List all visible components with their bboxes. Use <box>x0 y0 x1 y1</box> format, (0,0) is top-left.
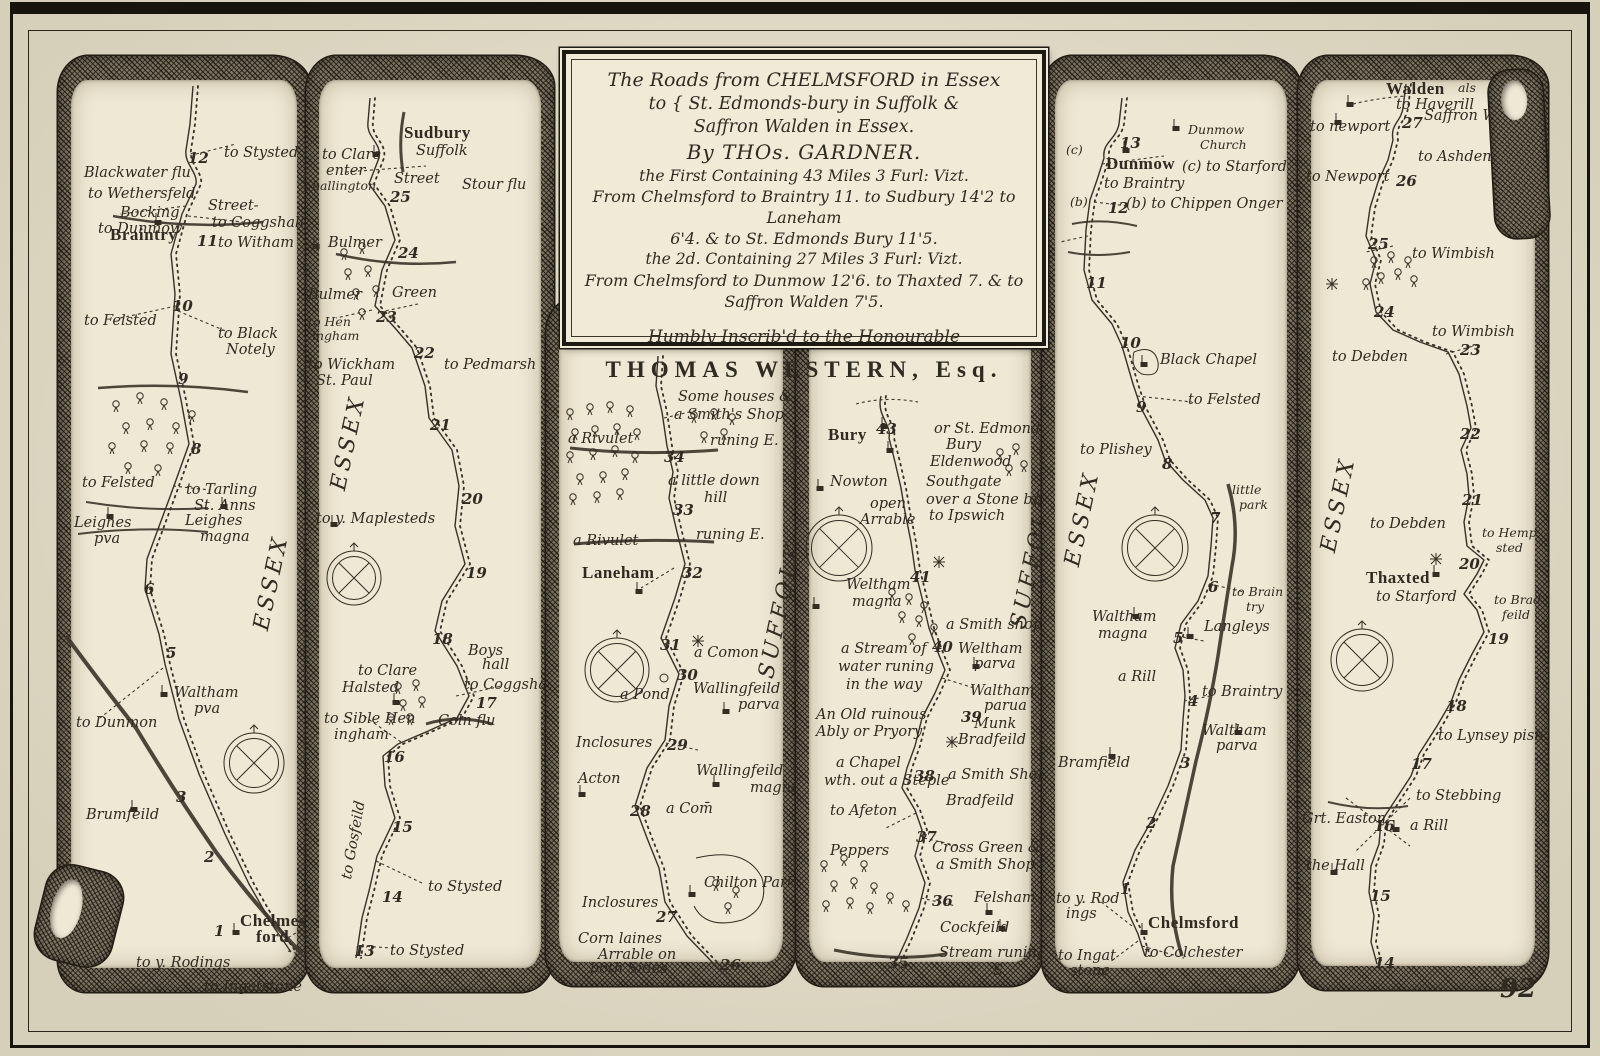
building-icon <box>233 930 240 935</box>
map-label: Nowton <box>830 475 888 490</box>
tree-icon <box>832 887 836 892</box>
map-label: 8 <box>191 442 201 457</box>
tree-icon <box>577 474 583 485</box>
tree-icon <box>1021 461 1027 467</box>
tree-icon <box>861 861 867 867</box>
building-icon <box>689 892 696 897</box>
cartouche-line: Saffron Walden in Essex. <box>572 116 1036 139</box>
map-label: to Stysted <box>428 880 502 895</box>
tree-icon <box>916 616 922 622</box>
tree-icon <box>577 474 583 480</box>
map-label: Bradfeild <box>946 794 1014 809</box>
map-label: 8 <box>1162 457 1172 472</box>
map-label: Munk <box>974 717 1016 732</box>
map-label: to Debden <box>1370 517 1446 532</box>
map-label: Cross Green & <box>932 841 1041 856</box>
map-label: Wallingfeild <box>696 764 783 779</box>
tree-icon <box>137 393 143 404</box>
map-label: ingham <box>334 728 389 743</box>
map-label: a Pond <box>620 688 670 703</box>
map-label: 38 <box>914 769 935 784</box>
compass-icon <box>598 651 635 688</box>
map-label: 6 <box>144 582 154 597</box>
compass-icon <box>237 746 272 781</box>
tree-icon <box>567 452 573 463</box>
map-label: 23 <box>376 310 397 325</box>
map-label: to Stebbing <box>1416 789 1501 804</box>
tree-icon <box>591 455 595 460</box>
map-label: magna <box>750 781 800 796</box>
compass-icon <box>1344 642 1380 678</box>
tree-icon <box>1405 257 1411 263</box>
tree-icon <box>903 901 909 907</box>
map-label: Notely <box>226 343 275 358</box>
map-label: to Ipswich <box>929 509 1005 524</box>
map-label: to Dunmon <box>76 716 157 731</box>
town-label-sudbury: Sudbury <box>404 124 471 141</box>
map-label: little <box>1232 484 1261 497</box>
map-label: to Clare <box>358 664 417 679</box>
map-label: 5 <box>166 646 176 661</box>
tree-icon <box>570 494 576 500</box>
tree-icon <box>174 429 178 434</box>
tree-icon <box>823 901 829 912</box>
tree-icon <box>932 630 936 635</box>
tree-icon <box>161 399 167 410</box>
tree-icon <box>916 616 922 627</box>
map-label: to Plishey <box>1080 443 1152 458</box>
tree-icon <box>595 498 599 503</box>
tree-icon <box>617 489 623 495</box>
map-label: Bury <box>946 438 981 453</box>
tree-icon <box>852 884 856 889</box>
map-label: ballington <box>312 180 376 193</box>
map-label: 17 <box>476 696 497 711</box>
map-label: to Hemp <box>1482 527 1537 540</box>
map-label: Felsham <box>974 891 1036 906</box>
tree-icon <box>899 612 905 618</box>
map-label: 2 <box>1146 816 1156 831</box>
map-label: Chilton Park <box>704 876 796 891</box>
map-label: 19 <box>466 566 487 581</box>
windmill-icon <box>946 736 958 748</box>
map-label: 40 <box>932 640 953 655</box>
tree-icon <box>413 680 419 691</box>
road-strip-4: Bury43or St. EdmondsBuryEldenwoodNowtonS… <box>796 298 1044 986</box>
map-label: 4 <box>1188 694 1198 709</box>
building-icon <box>636 589 643 594</box>
tree-icon <box>887 893 893 904</box>
tree-icon <box>887 893 893 899</box>
map-label: to Witham <box>218 236 294 251</box>
tree-icon <box>600 472 606 478</box>
map-label: Bramfield <box>1058 756 1130 771</box>
map-label: stone <box>1070 964 1110 979</box>
map-label: Bocking <box>120 206 180 221</box>
scroll-curl-right <box>1488 69 1551 240</box>
tree-icon <box>702 438 706 443</box>
map-label: 16 <box>1374 819 1395 834</box>
map-label: to Ashden <box>1418 150 1492 165</box>
tree-icon <box>1014 450 1018 455</box>
map-label: Some houses & <box>678 390 792 405</box>
tree-icon <box>888 899 892 904</box>
map-label: to Wimbish <box>1432 325 1515 340</box>
map-label: to Felsted <box>82 476 155 491</box>
cartouche-line: From Chelmsford to Dunmow 12'6. to Thaxt… <box>572 270 1036 291</box>
map-label: a little down <box>668 474 760 489</box>
map-label: or St. Edmonds <box>934 422 1048 437</box>
map-label: a Rivulet <box>568 432 633 447</box>
tree-icon <box>831 881 837 892</box>
map-label: 35 <box>888 956 909 971</box>
tree-icon <box>570 494 576 505</box>
map-label: 18 <box>1446 699 1467 714</box>
cartouche-line: the 2d. Containing 27 Miles 3 Furl: Vizt… <box>572 249 1036 269</box>
tree-icon <box>1021 461 1027 472</box>
tree-icon <box>366 272 370 277</box>
building-icon <box>313 237 320 249</box>
tree-icon <box>578 480 582 485</box>
tree-icon <box>587 404 593 415</box>
map-label: 27 <box>1402 116 1423 131</box>
map-label: to Coggshall <box>212 216 304 231</box>
building-icon <box>887 448 894 453</box>
map-label: Bulmer <box>328 236 382 251</box>
building-icon <box>813 597 820 609</box>
map-label: 21 <box>430 418 451 433</box>
map-label: S <box>993 964 1003 979</box>
building-icon <box>1347 95 1354 107</box>
tree-icon <box>1364 285 1368 290</box>
tree-icon <box>1389 258 1393 263</box>
map-label: 36 <box>932 894 953 909</box>
map-label: a Com̄ <box>666 802 713 817</box>
map-label: 34 <box>664 450 685 465</box>
building-icon <box>233 923 240 935</box>
map-label: 10 <box>172 299 193 314</box>
compass-icon <box>224 725 284 793</box>
tree-icon <box>1007 471 1011 476</box>
map-label: Eldenwood <box>930 455 1012 470</box>
building-icon <box>1433 572 1440 577</box>
building-icon <box>723 702 730 714</box>
tree-icon <box>821 861 827 872</box>
tree-icon <box>1395 269 1401 275</box>
building-icon <box>1433 565 1440 577</box>
building-icon <box>1347 102 1354 107</box>
map-label: to y. Rod <box>1056 892 1120 907</box>
map-label: to Tarling <box>186 483 257 498</box>
tree-icon <box>831 881 837 887</box>
map-label: 15 <box>1370 889 1391 904</box>
map-label: 9 <box>178 372 188 387</box>
map-label: parua <box>984 699 1027 714</box>
town-label-bury: Bury <box>828 426 867 443</box>
map-label: 20 <box>1459 557 1480 572</box>
compass-north-icon <box>613 630 621 638</box>
tree-icon <box>123 423 129 434</box>
tree-icon <box>842 861 846 866</box>
map-label: magna <box>200 530 250 545</box>
compass-north-icon <box>1358 621 1366 629</box>
tree-icon <box>365 266 371 277</box>
map-label: to y. Maplesteds <box>316 512 435 527</box>
map-label: 1 <box>214 924 224 939</box>
tree-icon <box>633 458 637 463</box>
map-label: Arrable <box>860 513 915 528</box>
map-label: to Coggshall <box>464 678 556 693</box>
tree-icon <box>155 465 161 476</box>
town-label-laneham: Laneham <box>582 564 654 581</box>
map-label: a Smith Shop <box>936 858 1035 873</box>
map-label: to Colchester <box>1144 946 1242 961</box>
tree-icon <box>142 447 146 452</box>
map-label: 6 <box>1208 580 1218 595</box>
map-label: Black Chapel <box>1160 353 1257 368</box>
map-label: park <box>1239 499 1268 512</box>
tree-icon <box>1379 279 1383 284</box>
map-label: magna <box>1098 627 1148 642</box>
tree-icon <box>1013 444 1019 450</box>
map-label: 12 <box>188 151 209 166</box>
map-label: to Wickham <box>308 358 395 373</box>
map-label: to Brain <box>1232 586 1283 599</box>
tree-icon <box>568 415 572 420</box>
page-number: 92 <box>1500 974 1536 1004</box>
tree-icon <box>345 269 351 280</box>
map-label: ingham <box>312 330 359 343</box>
map-label: a Smith shop <box>946 618 1042 633</box>
map-label: a Comon <box>694 646 759 661</box>
building-icon <box>161 692 168 697</box>
map-label: als <box>1458 82 1476 95</box>
map-label: to Felsted <box>84 314 157 329</box>
map-label: 13 <box>354 944 375 959</box>
tree-icon <box>1406 263 1410 268</box>
map-label: to Stysted <box>224 146 298 161</box>
tree-icon <box>1412 282 1416 287</box>
map-label: Blackwater flu <box>84 166 191 181</box>
tree-icon <box>587 404 593 410</box>
map-label: 20 <box>462 492 483 507</box>
tree-icon <box>1388 252 1394 263</box>
map-label: 10 <box>1120 336 1141 351</box>
tree-icon <box>862 867 866 872</box>
tree-icon <box>125 463 131 474</box>
map-label: to Debden <box>1332 350 1408 365</box>
tree-icon <box>622 469 628 480</box>
tree-icon <box>189 411 195 417</box>
map-label: runing E. <box>710 434 779 449</box>
map-label: Peppers <box>830 844 889 859</box>
tree-icon <box>917 622 921 627</box>
map-label: Green <box>392 286 437 301</box>
map-label: 13 <box>1120 136 1141 151</box>
map-label: (b) to Chippen Onger <box>1126 197 1283 212</box>
tree-icon <box>167 443 173 454</box>
map-label: Inclosures <box>582 896 658 911</box>
building-icon <box>1173 119 1180 131</box>
tree-icon <box>414 686 418 691</box>
cartouche-line: to { St. Edmonds-bury in Suffolk & <box>572 93 1036 116</box>
cartouche-line: From Chelmsford to Braintry 11. to Sudbu… <box>572 186 1036 228</box>
map-label: 33 <box>673 503 694 518</box>
map-label: 28 <box>630 804 651 819</box>
map-label: Dunmow <box>1188 124 1244 137</box>
map-label: to Ingatstone <box>204 980 302 995</box>
tree-icon <box>567 409 573 415</box>
tree-icon <box>847 898 853 909</box>
tree-icon <box>1411 276 1417 287</box>
map-label: Stream runing <box>939 946 1046 961</box>
tree-icon <box>110 449 114 454</box>
tree-icon <box>851 878 857 889</box>
map-label: ford <box>256 928 289 945</box>
map-label: runing E. <box>696 528 765 543</box>
map-label: Acton <box>578 772 621 787</box>
tree-icon <box>189 411 195 422</box>
town-label-braintry: Braintry <box>110 226 177 243</box>
tree-icon <box>1378 273 1384 279</box>
map-label: Cockfeild <box>940 921 1009 936</box>
tree-icon <box>567 409 573 420</box>
cartouche-line: By THOs. GARDNER. <box>572 139 1036 165</box>
road-strip-5: (c)13DunmowChurchDunmow(c) to Starfordto… <box>1042 56 1300 992</box>
tree-icon <box>359 309 365 320</box>
tree-icon <box>607 402 613 408</box>
map-label: Street <box>394 172 440 187</box>
tree-icon <box>634 429 640 435</box>
tree-icon <box>138 399 142 404</box>
map-label: 5 <box>1173 631 1183 646</box>
tree-icon <box>346 275 350 280</box>
map-label: Langleys <box>1204 620 1270 635</box>
tree-icon <box>126 469 130 474</box>
map-label: (c) <box>1066 144 1083 157</box>
tree-icon <box>141 441 147 452</box>
map-label: Street- <box>208 199 259 214</box>
tree-icon <box>148 425 152 430</box>
map-label: in the way <box>846 678 922 693</box>
map-label: to Braintry <box>1202 685 1282 700</box>
map-label: the Hall <box>1306 859 1365 874</box>
map-label: 14 <box>382 890 403 905</box>
tree-icon <box>899 612 905 623</box>
tree-icon <box>726 909 730 914</box>
cartouche-line: The Roads from CHELMSFORD in Essex <box>572 68 1036 93</box>
tree-icon <box>124 429 128 434</box>
tree-icon <box>571 500 575 505</box>
town-label-chelmsford: Chelmsford <box>1148 914 1239 931</box>
tree-icon <box>861 861 867 872</box>
tree-icon <box>601 478 605 483</box>
tree-icon <box>909 634 915 640</box>
map-label: 26 <box>1396 174 1417 189</box>
tree-icon <box>867 903 873 914</box>
tree-icon <box>419 697 425 708</box>
map-label: ings <box>1066 907 1097 922</box>
map-label: magna <box>852 595 902 610</box>
tree-icon <box>823 901 829 907</box>
map-label: a Rill <box>1118 670 1156 685</box>
map-label: to Wimbish <box>1412 247 1495 262</box>
map-label: 22 <box>414 346 435 361</box>
tree-icon <box>627 406 633 412</box>
building-icon <box>1141 362 1148 367</box>
map-label: to Newport <box>1306 170 1390 185</box>
building-icon <box>393 700 400 705</box>
compass-icon <box>339 563 369 593</box>
compass-north-icon <box>835 507 843 515</box>
map-label: to Afeton <box>830 804 897 819</box>
map-label: 2 <box>204 850 214 865</box>
tree-icon <box>147 419 153 425</box>
map-label: 22 <box>1460 427 1481 442</box>
tree-icon <box>1013 444 1019 455</box>
compass-north-icon <box>350 543 358 551</box>
tree-icon <box>734 893 738 898</box>
building-icon <box>723 709 730 714</box>
building-icon <box>1141 355 1148 367</box>
tree-icon <box>627 406 633 417</box>
tree-icon <box>125 463 131 469</box>
tree-icon <box>635 435 639 440</box>
tree-icon <box>156 471 160 476</box>
tree-icon <box>871 883 877 894</box>
map-label: Inclosures <box>576 736 652 751</box>
map-label: 43 <box>876 422 897 437</box>
map-label: parva <box>974 657 1016 672</box>
map-label: Weltham <box>958 642 1023 657</box>
map-label: 21 <box>1462 493 1483 508</box>
map-label: (c) to Starford <box>1182 160 1287 175</box>
map-label: Corn laines <box>578 932 662 947</box>
tree-icon <box>618 495 622 500</box>
map-label: a Rivulet <box>573 534 638 549</box>
tree-icon <box>568 458 572 463</box>
tree-icon <box>1411 276 1417 282</box>
map-label: a Chapel <box>836 756 901 771</box>
tree-icon <box>906 594 912 600</box>
map-label: sted <box>1496 542 1523 555</box>
tree-icon <box>725 903 731 914</box>
map-label: 3 <box>1180 756 1190 771</box>
map-label: 24 <box>398 246 419 261</box>
building-icon <box>579 792 586 797</box>
tree-icon <box>628 412 632 417</box>
tree-icon <box>847 898 853 904</box>
map-label: to newport <box>1310 120 1390 135</box>
tree-icon <box>701 432 707 443</box>
building-icon <box>813 604 820 609</box>
tree-icon <box>1022 467 1026 472</box>
building-icon <box>817 479 824 491</box>
map-label: 1 <box>1120 882 1130 897</box>
tree-icon <box>173 423 179 429</box>
building-icon <box>689 885 696 897</box>
tree-icon <box>113 401 119 407</box>
tree-icon <box>868 909 872 914</box>
compass-icon <box>327 543 381 605</box>
map-label: to Wethersfeld <box>88 187 195 202</box>
map-label: 18 <box>432 632 453 647</box>
compass-icon <box>820 529 859 568</box>
tree-icon <box>1395 269 1401 280</box>
cartouche-dedicatee: THOMAS WESTERN, Esq. <box>572 355 1036 385</box>
compass-icon <box>1122 507 1188 581</box>
compass-north-icon <box>250 725 258 733</box>
